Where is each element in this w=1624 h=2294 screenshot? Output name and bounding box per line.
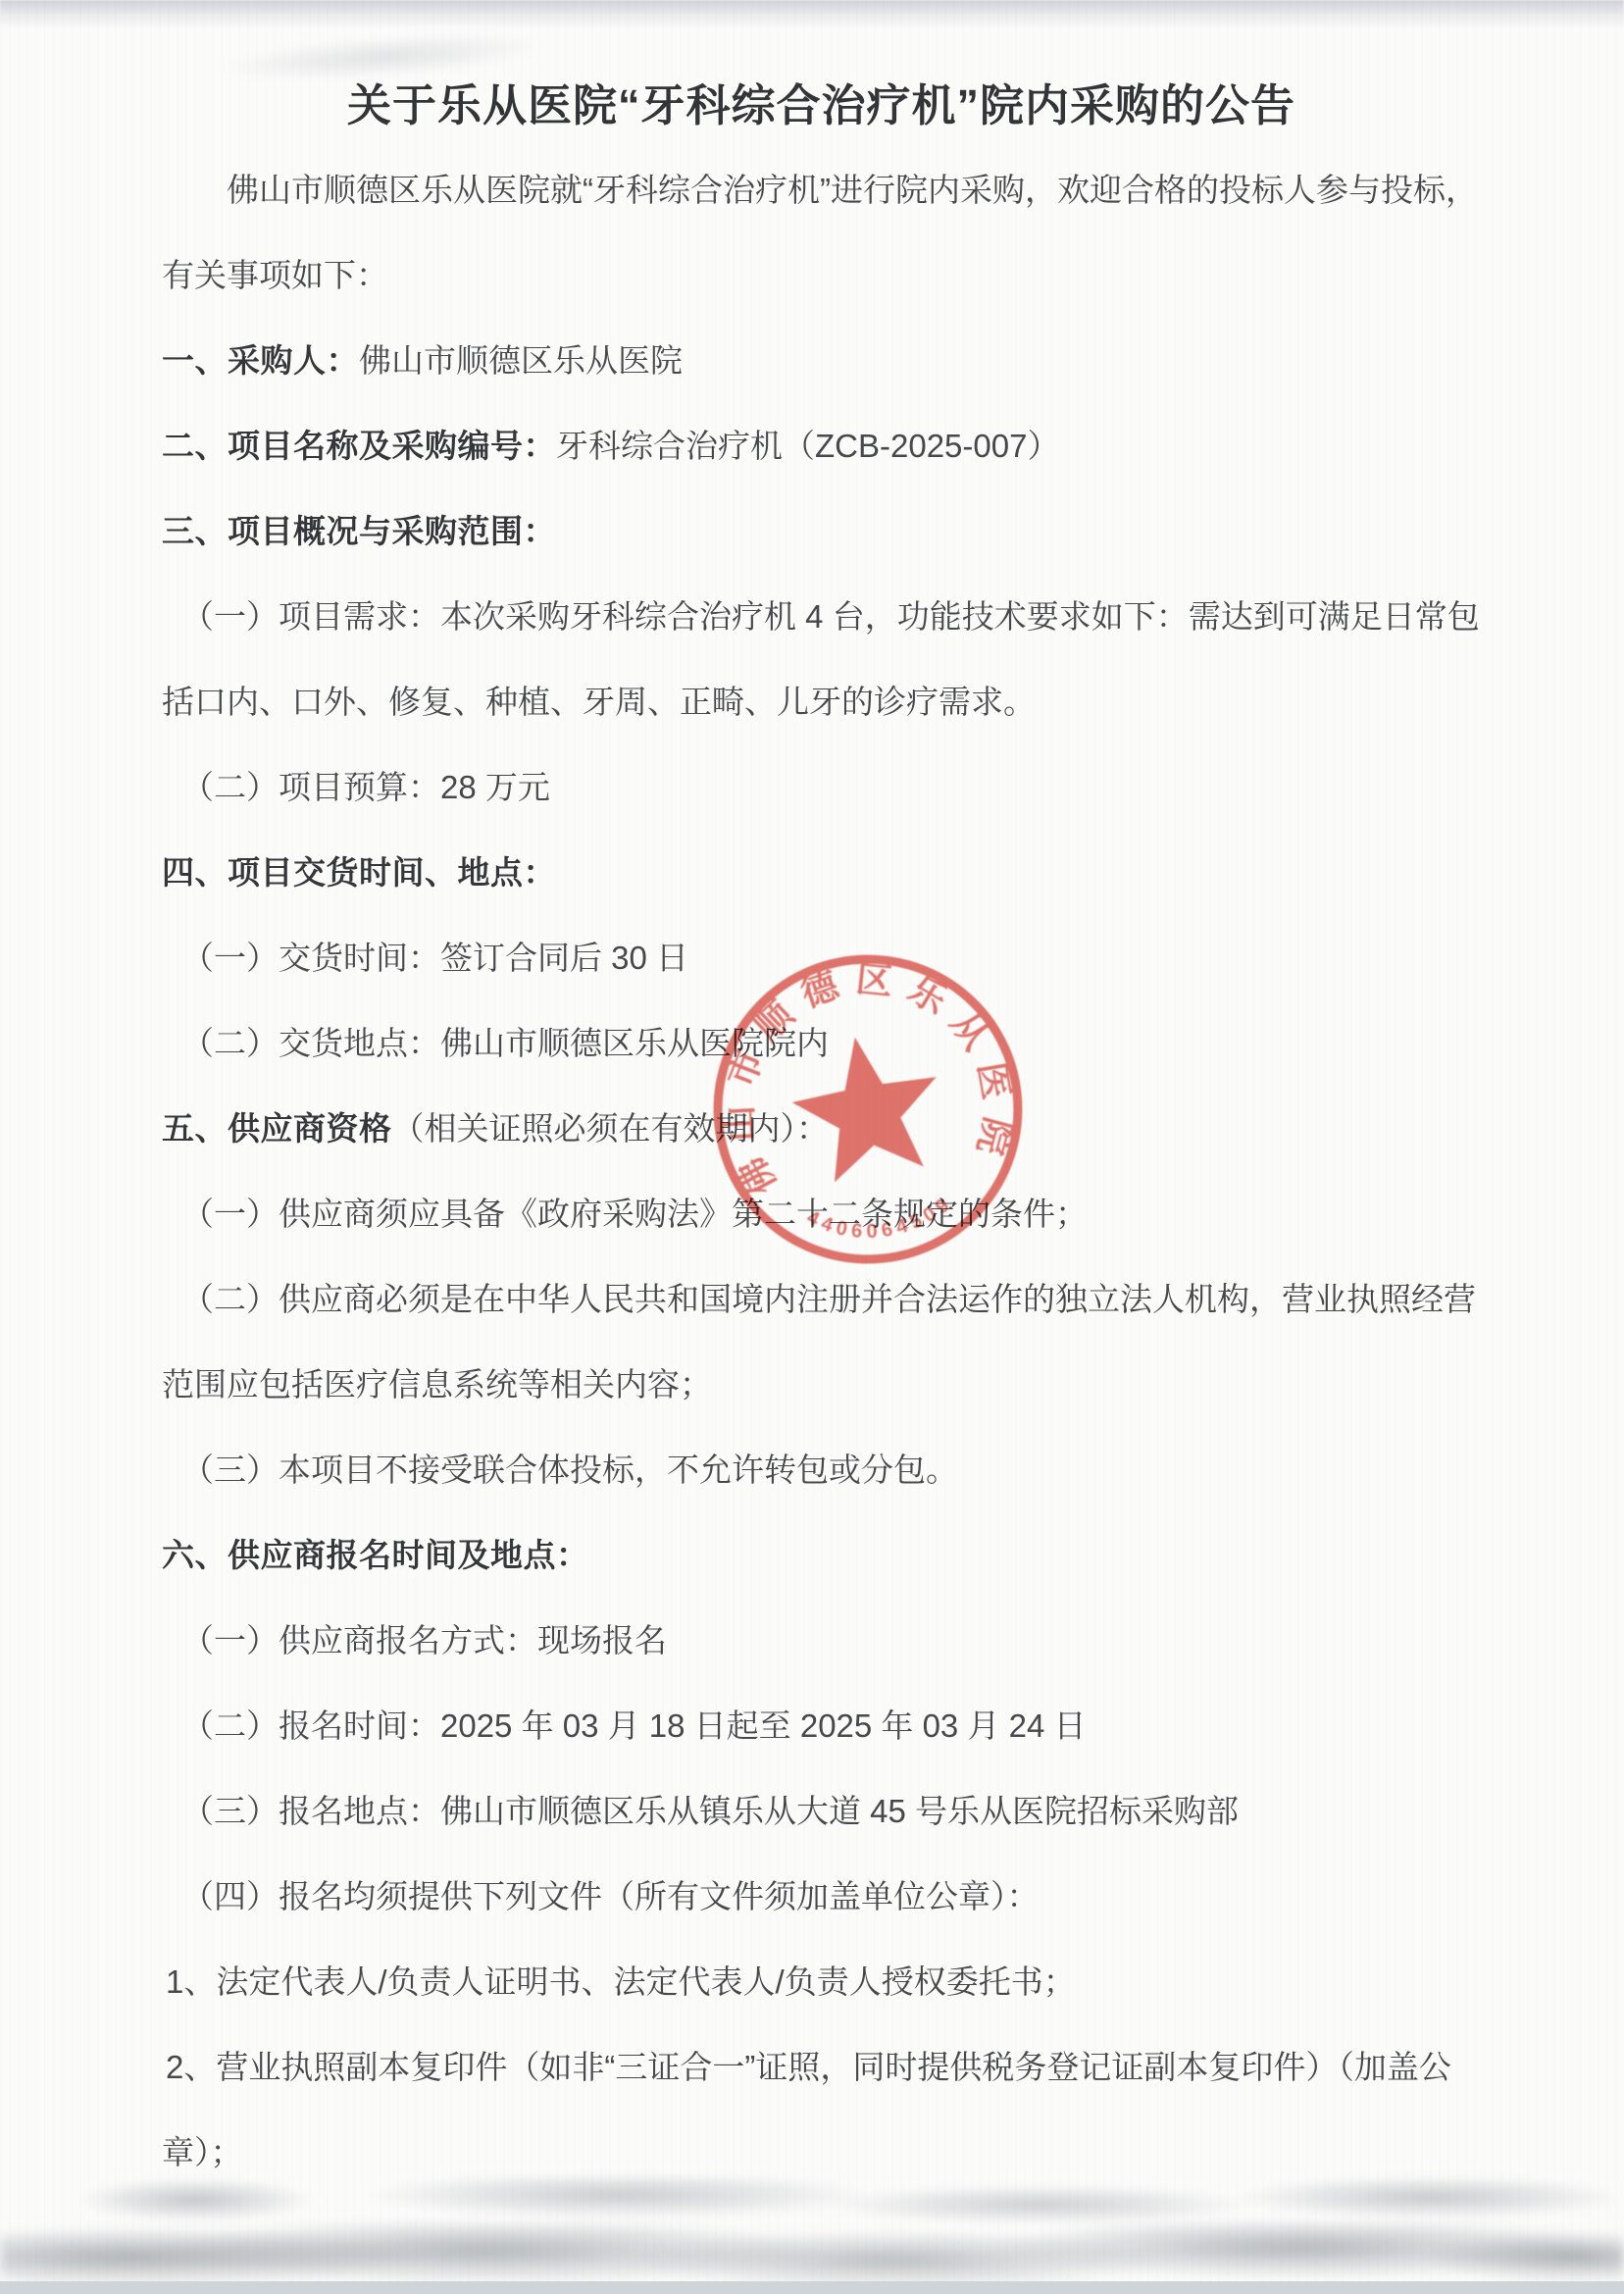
item-registration-documents: （四）报名均须提供下列文件（所有文件须加盖单位公章）： <box>162 1854 1481 1939</box>
section-project-scope: 三、项目概况与采购范围： <box>162 488 1481 574</box>
paragraph-text: 2、营业执照副本复印件（如非“三证合一”证照，同时提供税务登记证副本复印件）（加… <box>162 2049 1451 2170</box>
item-registration-method: （一）供应商报名方式：现场报名 <box>162 1598 1481 1683</box>
document-title: 关于乐从医院“牙科综合治疗机”院内采购的公告 <box>162 0 1481 131</box>
section-heading: 六、供应商报名时间及地点： <box>162 1537 589 1573</box>
item-project-budget: （二）项目预算：28 万元 <box>162 744 1481 830</box>
scan-artifact-bottom-band-light <box>0 2176 1624 2223</box>
section-heading: 二、项目名称及采购编号： <box>162 428 556 464</box>
paragraph-text: （一）交货时间：签订合同后 30 日 <box>181 940 688 976</box>
paragraph-text: （四）报名均须提供下列文件（所有文件须加盖单位公章）： <box>181 1878 1040 1914</box>
paragraph-text: 佛山市顺德区乐从医院就“牙科综合治疗机”进行院内采购，欢迎合格的投标人参与投标，… <box>162 172 1478 293</box>
official-seal: 佛山市顺德区乐从医院 4406064509 <box>684 925 1052 1294</box>
section-purchaser: 一、采购人：佛山市顺德区乐从医院 <box>162 318 1481 403</box>
paragraph-text: （二）报名时间：2025 年 03 月 18 日起至 2025 年 03 月 2… <box>181 1708 1087 1744</box>
paragraph-text: 牙科综合治疗机（ZCB-2025-007） <box>556 428 1059 464</box>
section-delivery: 四、项目交货时间、地点： <box>162 830 1481 915</box>
section-heading: 五、供应商资格 <box>162 1110 392 1147</box>
section-registration: 六、供应商报名时间及地点： <box>162 1512 1481 1598</box>
paragraph-text: （三）本项目不接受联合体投标，不允许转包或分包。 <box>181 1452 958 1488</box>
scan-artifact-bottom-strip <box>0 2281 1624 2294</box>
scan-artifact-bottom-band-dark <box>0 2223 1624 2284</box>
item-qualification-3: （三）本项目不接受联合体投标，不允许转包或分包。 <box>162 1427 1481 1512</box>
paragraph-text: （一）供应商报名方式：现场报名 <box>181 1622 667 1658</box>
section-heading: 四、项目交货时间、地点： <box>162 854 556 891</box>
paragraph-text: （二）项目预算：28 万元 <box>181 769 550 805</box>
document-list-item-2: 2、营业执照副本复印件（如非“三证合一”证照，同时提供税务登记证副本复印件）（加… <box>162 2024 1481 2195</box>
paragraph-text: （一）项目需求：本次采购牙科综合治疗机 4 台，功能技术要求如下：需达到可满足日… <box>162 598 1480 720</box>
item-project-requirement: （一）项目需求：本次采购牙科综合治疗机 4 台，功能技术要求如下：需达到可满足日… <box>162 574 1481 744</box>
paragraph-text: （二）供应商必须是在中华人民共和国境内注册并合法运作的独立法人机构，营业执照经营… <box>162 1281 1476 1402</box>
section-heading: 一、采购人： <box>162 342 359 379</box>
intro-paragraph: 佛山市顺德区乐从医院就“牙科综合治疗机”进行院内采购，欢迎合格的投标人参与投标，… <box>162 147 1481 318</box>
document-list-item-1: 1、法定代表人/负责人证明书、法定代表人/负责人授权委托书； <box>162 1939 1481 2024</box>
paragraph-text: （三）报名地点：佛山市顺德区乐从镇乐从大道 45 号乐从医院招标采购部 <box>181 1793 1239 1829</box>
paragraph-text: 1、法定代表人/负责人证明书、法定代表人/负责人授权委托书； <box>166 1963 1076 2000</box>
item-registration-time: （二）报名时间：2025 年 03 月 18 日起至 2025 年 03 月 2… <box>162 1683 1481 1768</box>
section-project-name: 二、项目名称及采购编号：牙科综合治疗机（ZCB-2025-007） <box>162 403 1481 488</box>
paragraph-text: 佛山市顺德区乐从医院 <box>359 342 683 379</box>
seal-star <box>783 1025 951 1188</box>
item-registration-place: （三）报名地点：佛山市顺德区乐从镇乐从大道 45 号乐从医院招标采购部 <box>162 1768 1481 1854</box>
section-heading: 三、项目概况与采购范围： <box>162 513 556 549</box>
